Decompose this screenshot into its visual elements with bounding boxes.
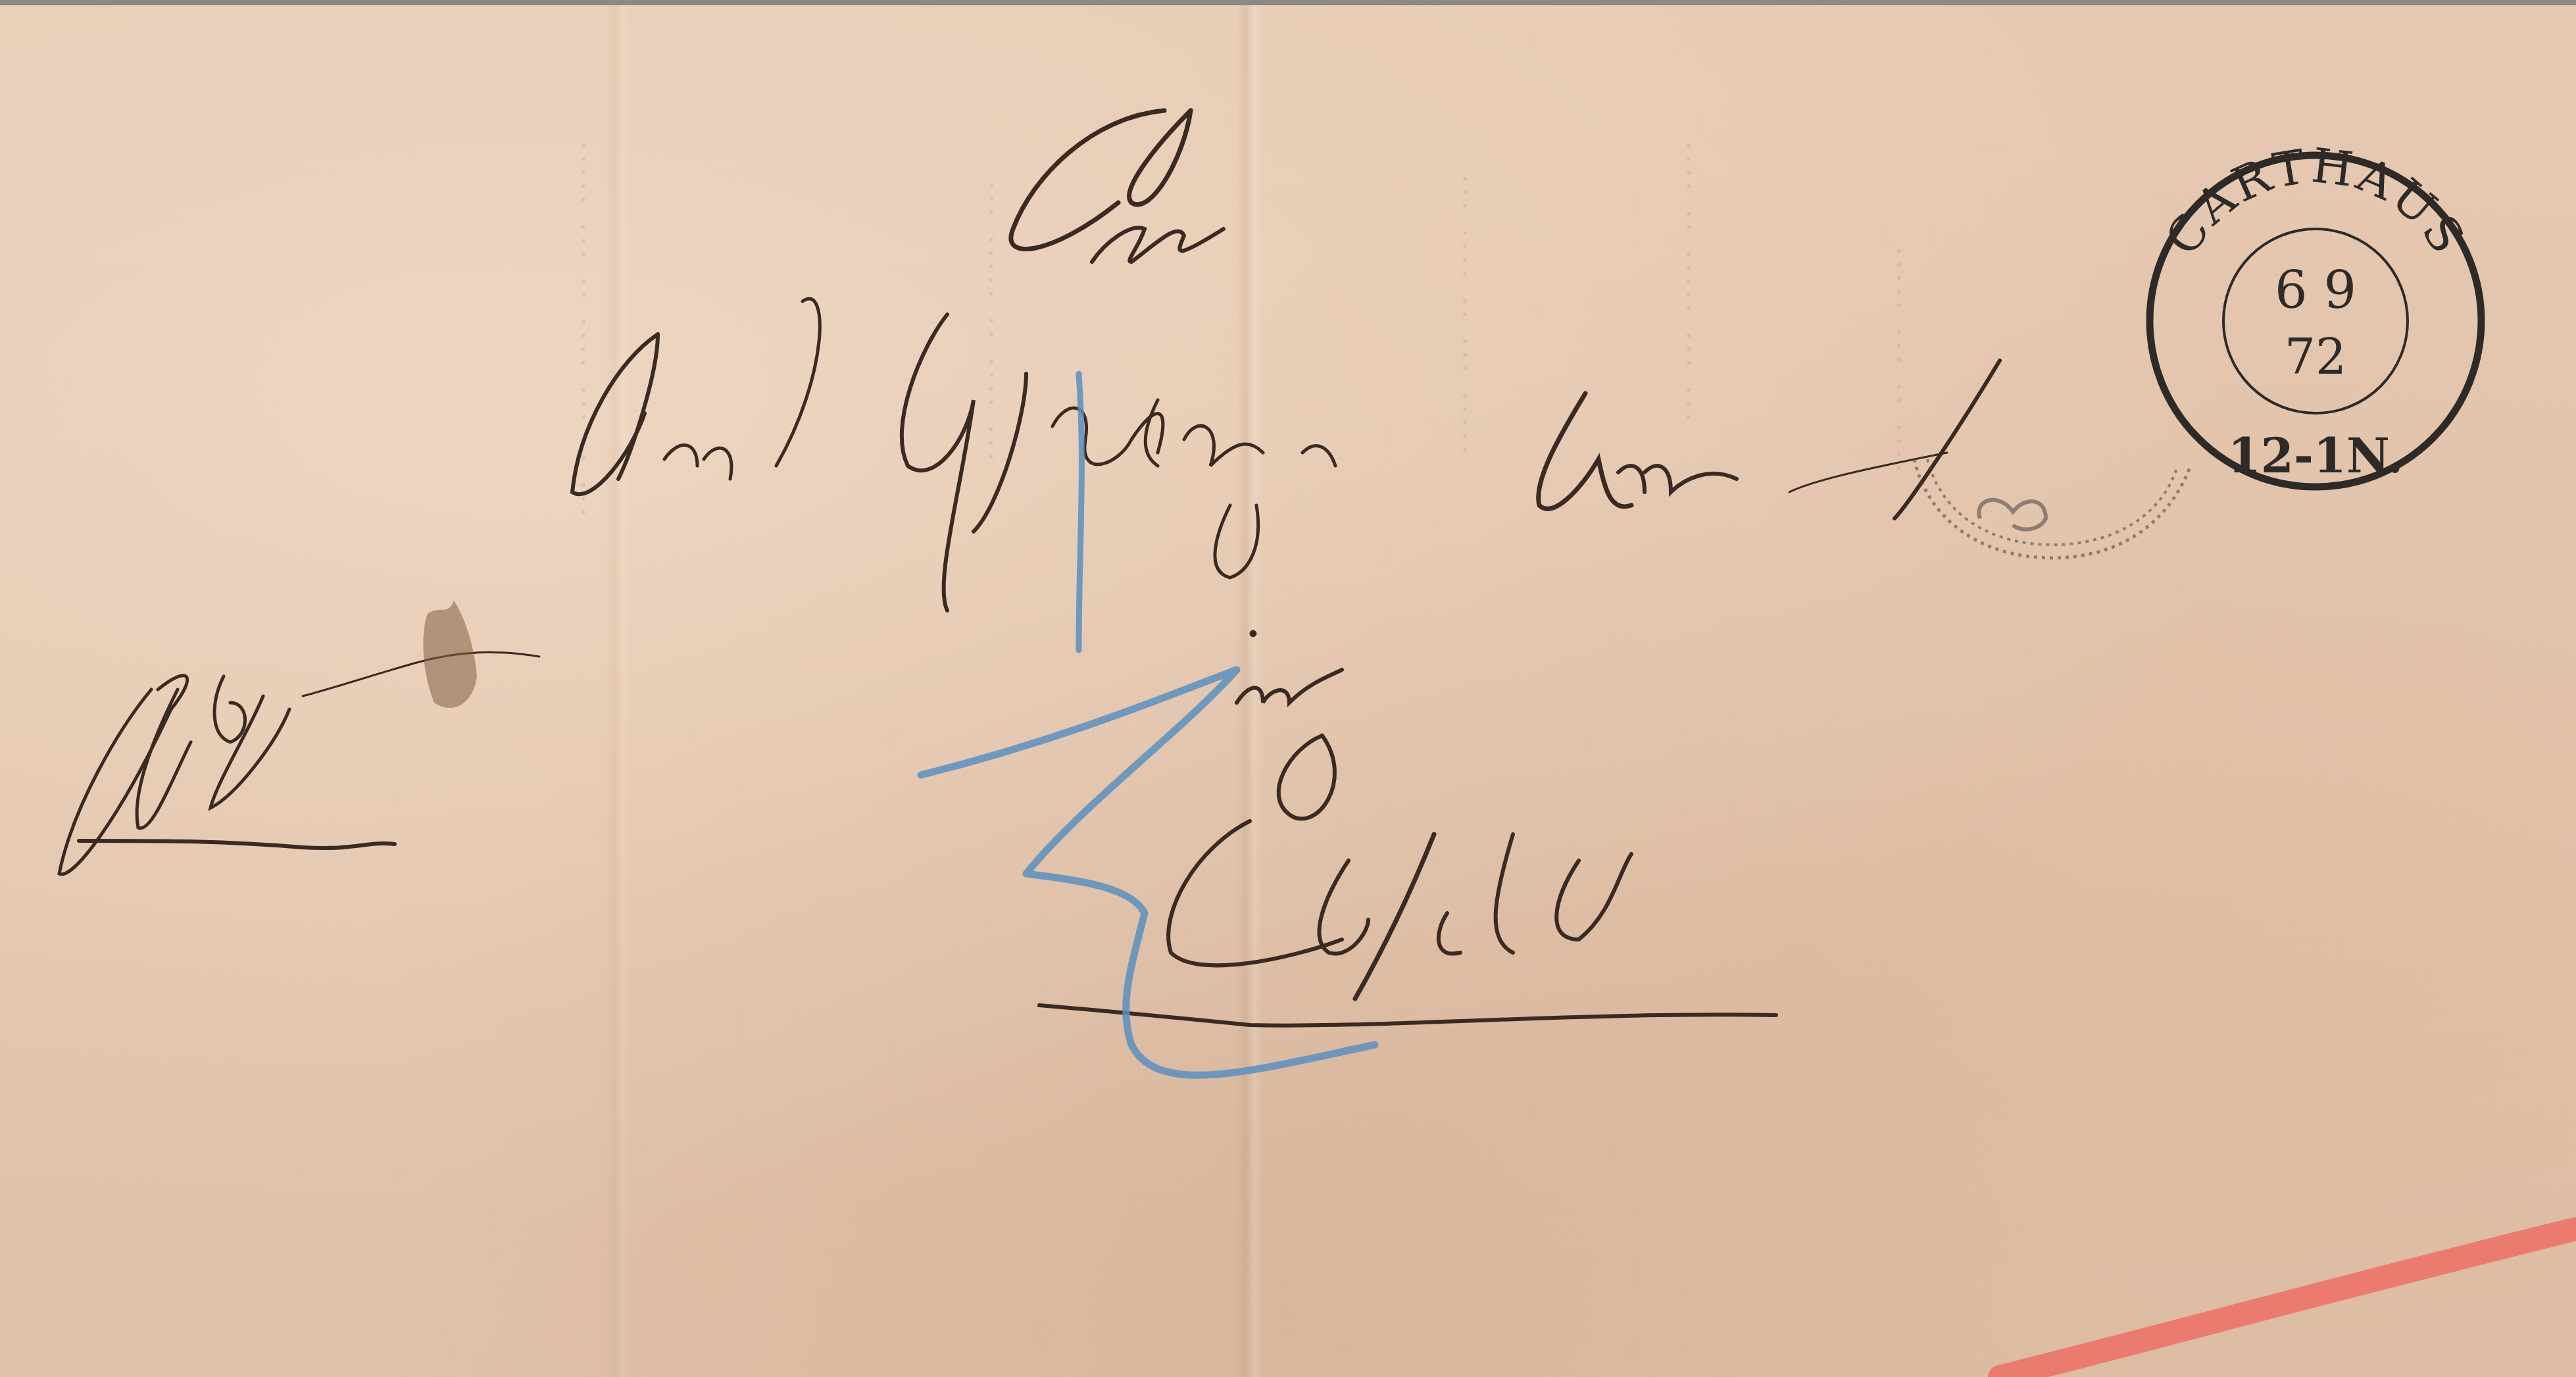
address-line-in bbox=[1237, 630, 1342, 703]
letter-cover: ··· ·· ··· ···· ·· ··· ····· ··· ···· ··… bbox=[0, 5, 2576, 1377]
blue-rate-marking bbox=[921, 374, 1375, 1075]
postmark-carthaus: CARTHAUS 6 9 72 12-1N. bbox=[2118, 137, 2513, 505]
ink-blot bbox=[423, 601, 477, 708]
address-line-town bbox=[1168, 736, 1631, 999]
underline bbox=[1039, 1005, 1776, 1026]
address-line-recipient bbox=[572, 299, 2000, 611]
address-line-an bbox=[1011, 111, 1224, 262]
postmark-town: CARTHAUS bbox=[2154, 138, 2477, 265]
postmark-date: 6 9 bbox=[2275, 261, 2356, 320]
postmark-year: 72 bbox=[2285, 329, 2346, 386]
red-crayon-line bbox=[2000, 1229, 2576, 1377]
postmark-time: 12-1N. bbox=[2228, 428, 2403, 484]
